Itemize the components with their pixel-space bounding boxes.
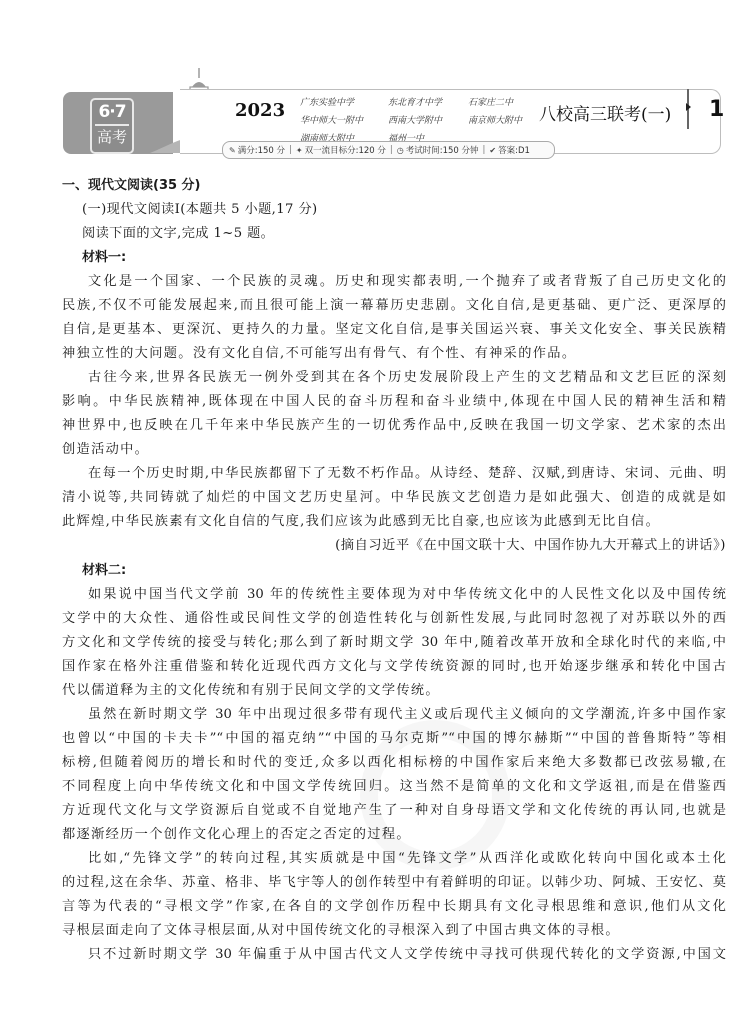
material-two-label: 材料二: — [82, 559, 126, 578]
separator: | — [483, 145, 486, 155]
logo-badge: 6·7 高考 — [90, 98, 134, 154]
paragraph-line: 方近现代文化与文学资源后自觉或不自觉地产生了一种对自身母语文学和文化传统的再认同… — [62, 799, 726, 818]
info-answer: ✔ 答案:D1 — [489, 144, 530, 156]
paragraph-line: 也曾以“中国的卡夫卡”“中国的福克纳”“中国的马尔克斯”“中国的博尔赫斯”“中国… — [62, 727, 726, 746]
page-number: 1 — [709, 97, 724, 122]
paragraph-line: 创造活动中。 — [62, 438, 149, 457]
star-icon: ✦ — [296, 146, 303, 155]
instruction: 阅读下面的文字,完成 1~5 题。 — [82, 222, 274, 241]
info-time: ◷ 考试时间:150 分钟 — [397, 144, 479, 156]
exam-year: 2023 — [235, 100, 285, 121]
info-label: 满分:150 分 — [238, 144, 285, 156]
paragraph-line: 自信,是更基本、更深沉、更持久的力量。坚定文化自信,是事关国运兴衰、事关文化安全… — [62, 318, 726, 337]
paragraph-line: 神独立性的大问题。没有文化自信,不可能写出有骨气、有个性、有神采的作品。 — [62, 342, 576, 361]
logo-number: 6·7 — [92, 102, 132, 122]
paragraph-line: 清小说等,共同铸就了灿烂的中国文艺历史星河。中华民族文艺创造力是如此强大、创造的… — [62, 486, 726, 505]
paragraph-line: 言等为代表的“寻根文学”作家,在各自的文学创作历程中长期具有文化寻根思维和意识,… — [62, 895, 726, 914]
section-title: 一、现代文阅读(35 分) — [62, 174, 201, 193]
paragraph-line: 代以儒道释为主的文化传统和有别于民间文学的文学传统。 — [62, 679, 440, 698]
info-full-score: ✎ 满分:150 分 — [229, 144, 285, 156]
paragraph-line: 此辉煌,中华民族素有文化自信的气度,我们应该为此感到无比自豪,也应该为此感到无比… — [62, 510, 660, 529]
arrow-right-icon — [686, 103, 691, 111]
school-list: 广东实验中学 东北育才中学 石家庄二中 华中师大一附中 西南大学附中 南京师大附… — [300, 95, 553, 144]
clock-icon: ◷ — [397, 146, 404, 155]
paragraph-line: 的过程,这在余华、苏童、格非、毕飞宇等人的创作转型中有着鲜明的印证。以韩少功、阿… — [62, 871, 726, 890]
paragraph-line: 只不过新时期文学 30 年偏重于从中国古代文人文学传统中寻找可供现代转化的文学资… — [88, 943, 726, 962]
exam-title: 八校高三联考(一) — [539, 100, 671, 125]
info-target-score: ✦ 双一流目标分:120 分 — [296, 144, 386, 156]
separator: | — [289, 145, 292, 155]
info-label: 双一流目标分:120 分 — [305, 144, 386, 156]
paragraph-line: 不同程度上向中华传统文化和中国文学传统回归。这当然不是简单的文化和文学返祖,而是… — [62, 775, 726, 794]
school-name: 东北育才中学 — [388, 95, 468, 108]
paragraph-line: 民族,不仅不可能发展起来,而且很可能上演一幕幕历史悲剧。文化自信,是更基础、更广… — [62, 294, 726, 313]
paragraph-line: 在每一个历史时期,中华民族都留下了无数不朽作品。从诗经、楚辞、汉赋,到唐诗、宋词… — [88, 462, 726, 481]
school-name: 广东实验中学 — [300, 95, 388, 108]
school-name: 西南大学附中 — [388, 113, 468, 126]
paragraph-line: 寻根层面走向了文体寻根层面,从对中国传统文化的寻根深入到了中国古典文体的寻根。 — [62, 919, 620, 938]
paragraph-line: 影响。中华民族精神,既体现在中国人民的奋斗历程和奋斗业绩中,体现在中国人民的精神… — [62, 390, 726, 409]
info-label: 考试时间:150 分钟 — [406, 144, 479, 156]
check-icon: ✔ — [489, 146, 496, 155]
paragraph-line: 方文化和文学传统的接受与转化;那么到了新时期文学 30 年中,随着改革开放和全球… — [62, 631, 726, 650]
paragraph-line: 如果说中国当代文学前 30 年的传统性主要体现为对中华传统文化中的人民性文化以及… — [88, 583, 726, 602]
source-citation: (摘自习近平《在中国文联十大、中国作协九大开幕式上的讲话》) — [335, 534, 726, 553]
exam-header: 6·7 高考 2023 广东实验中学 东北育才中学 石家庄二中 华中师大一附中 … — [60, 60, 720, 165]
paragraph-line: 比如,“先锋文学”的转向过程,其实质就是中国“先锋文学”从西洋化或欧化转向中国化… — [88, 847, 726, 866]
pen-icon: ✎ — [229, 146, 236, 155]
paragraph-line: 神世界中,也反映在几千年来中华民族产生的一切优秀作品中,反映在我国一切文学家、艺… — [62, 414, 726, 433]
paragraph-line: 古往今来,世界各民族无一例外受到其在各个历史发展阶段上产生的文艺精品和文艺巨匠的… — [88, 366, 726, 385]
separator: | — [390, 145, 393, 155]
info-label: 答案:D1 — [498, 144, 530, 156]
material-one-label: 材料一: — [82, 246, 126, 265]
paragraph-line: 虽然在新时期文学 30 年中出现过很多带有现代主义或后现代主义倾向的文学潮流,许… — [88, 703, 726, 722]
paragraph-line: 标榜,但随着阅历的增长和时代的变迁,众多以西化相标榜的中国作家后来绝大多数都已改… — [62, 751, 726, 770]
exam-info-bar: ✎ 满分:150 分 | ✦ 双一流目标分:120 分 | ◷ 考试时间:150… — [222, 141, 555, 159]
school-name: 华中师大一附中 — [300, 113, 388, 126]
paragraph-line: 文学中的大众性、通俗性或民间性文学的创造性转化与创新性发展,与此同时忽视了对苏联… — [62, 607, 726, 626]
section-subtitle: (一)现代文阅读Ⅰ(本题共 5 小题,17 分) — [82, 198, 318, 217]
logo-label: 高考 — [92, 126, 132, 147]
paragraph-line: 都逐渐经历一个创作文化心理上的否定之否定的过程。 — [62, 823, 411, 842]
paragraph-line: 国作家在格外注重借鉴和转化近现代西方文化与文学传统资源的同时,也开始逐步继承和转… — [62, 655, 726, 674]
paragraph-line: 文化是一个国家、一个民族的灵魂。历史和现实都表明,一个抛弃了或者背叛了自己历史文… — [88, 270, 726, 289]
